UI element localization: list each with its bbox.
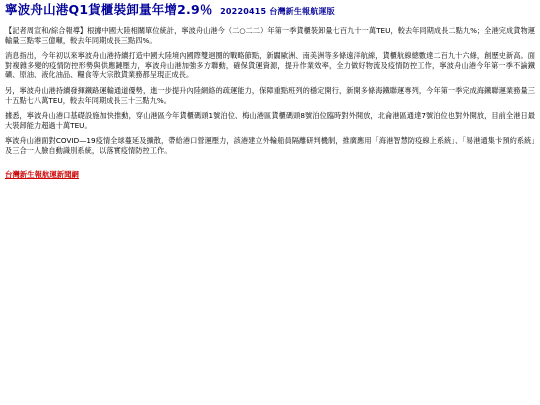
news-site-link[interactable]: 台灣新生報航運新聞網 xyxy=(5,170,79,180)
article-paragraph: 另，寧波舟山港持續發揮鐵路運輸通道優勢，進一步提升內陸網絡的疏運能力，保障重點班… xyxy=(5,86,535,105)
article-paragraph: 消息指出，今年初以來寧波舟山港持續打造中國大陸境內國際雙迴圈的戰略節點，新闢歐洲… xyxy=(5,51,535,80)
headline-text: 寧波舟山港Q1貨櫃裝卸量年增2.9％ xyxy=(5,2,213,17)
article-paragraph-lead: 【記者周宣和/綜合報導】根據中國大陸相關單位統計，寧波舟山港今（二○二二）年第一… xyxy=(5,26,535,45)
article-paragraph: 寧波舟山港面對COVID—19疫情全球蔓延及擴散，帶給港口營運壓力，該港建立外輪… xyxy=(5,136,535,155)
news-article-page: 寧波舟山港Q1貨櫃裝卸量年增2.9％ 20220415 台灣新生報航運版 【記者… xyxy=(0,0,540,181)
headline-dateline: 20220415 台灣新生報航運版 xyxy=(220,7,335,16)
article-headline: 寧波舟山港Q1貨櫃裝卸量年增2.9％ 20220415 台灣新生報航運版 xyxy=(5,3,535,19)
article-paragraph: 據悉，寧波舟山港口基礎設施加快推動，穿山港區今年貨櫃碼頭1號泊位、梅山港區貨櫃碼… xyxy=(5,111,535,130)
